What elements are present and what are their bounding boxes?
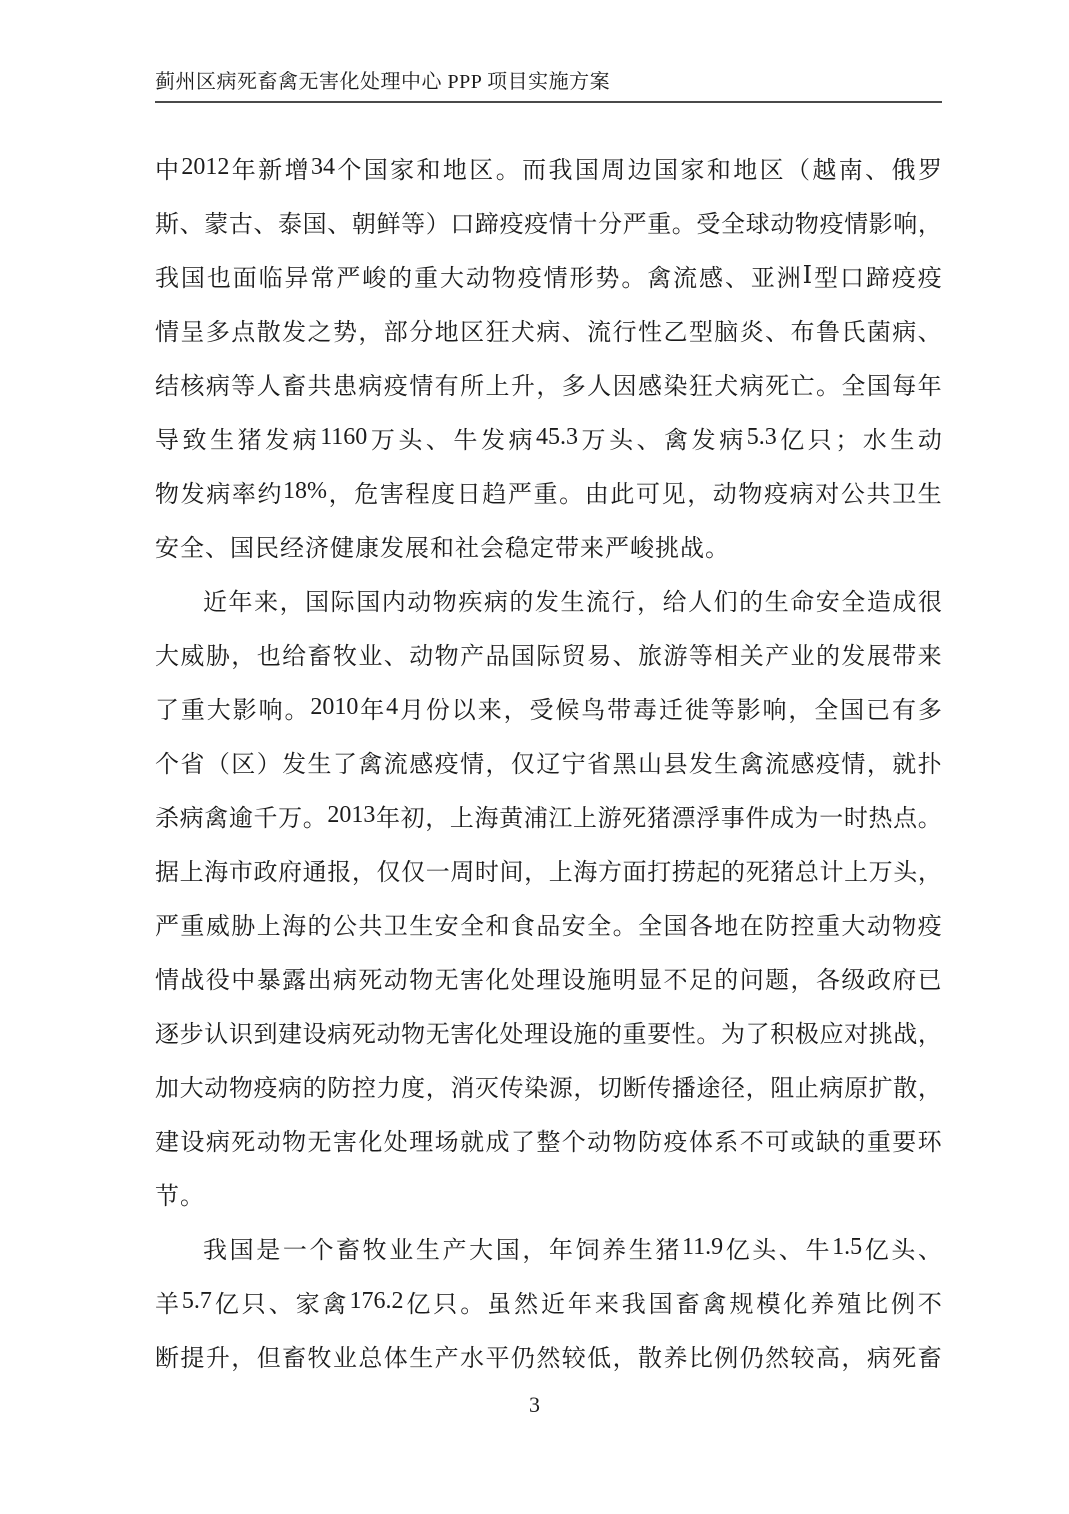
text-line: 个省（区）发生了禽流感疫情，仅辽宁省黑山县发生禽流感疫情，就扑 bbox=[155, 734, 942, 788]
document-page: 蓟州区病死畜禽无害化处理中心 PPP 项目实施方案 中2012年新增34个国家和… bbox=[0, 0, 1069, 1514]
text-line: 情呈多点散发之势，部分地区狂犬病、流行性乙型脑炎、布鲁氏菌病、 bbox=[155, 302, 942, 356]
text-line: 斯、蒙古、泰国、朝鲜等）口蹄疫疫情十分严重。受全球动物疫情影响， bbox=[155, 194, 942, 248]
text-line: 加大动物疫病的防控力度，消灭传染源，切断传播途径，阻止病原扩散， bbox=[155, 1058, 942, 1112]
text-line: 安全、国民经济健康发展和社会稳定带来严峻挑战。 bbox=[155, 518, 942, 572]
text-line: 大威胁，也给畜牧业、动物产品国际贸易、旅游等相关产业的发展带来 bbox=[155, 626, 942, 680]
text-line: 中2012年新增34个国家和地区。而我国周边国家和地区（越南、俄罗 bbox=[155, 140, 942, 194]
text-line: 情战役中暴露出病死动物无害化处理设施明显不足的问题，各级政府已 bbox=[155, 950, 942, 1004]
text-line: 建设病死动物无害化处理场就成了整个动物防疫体系不可或缺的重要环 bbox=[155, 1112, 942, 1166]
text-line: 逐步认识到建设病死动物无害化处理设施的重要性。为了积极应对挑战， bbox=[155, 1004, 942, 1058]
header-title: 蓟州区病死畜禽无害化处理中心 PPP 项目实施方案 bbox=[155, 71, 610, 93]
text-line: 我国也面临异常严峻的重大动物疫情形势。禽流感、亚洲Ⅰ型口蹄疫疫 bbox=[155, 248, 942, 302]
page-number: 3 bbox=[0, 1392, 1069, 1418]
text-line: 导致生猪发病1160万头、牛发病45.3万头、禽发病5.3亿只；水生动 bbox=[155, 410, 942, 464]
text-line: 节。 bbox=[155, 1166, 942, 1220]
text-line: 结核病等人畜共患病疫情有所上升，多人因感染狂犬病死亡。全国每年 bbox=[155, 356, 942, 410]
text-line: 据上海市政府通报，仅仅一周时间，上海方面打捞起的死猪总计上万头， bbox=[155, 842, 942, 896]
text-line: 严重威胁上海的公共卫生安全和食品安全。全国各地在防控重大动物疫 bbox=[155, 896, 942, 950]
page-header: 蓟州区病死畜禽无害化处理中心 PPP 项目实施方案 bbox=[155, 70, 942, 103]
text-line: 断提升，但畜牧业总体生产水平仍然较低，散养比例仍然较高，病死畜 bbox=[155, 1328, 942, 1382]
text-line: 近年来，国际国内动物疾病的发生流行，给人们的生命安全造成很 bbox=[155, 572, 942, 626]
text-line: 物发病率约18%，危害程度日趋严重。由此可见，动物疫病对公共卫生 bbox=[155, 464, 942, 518]
text-line: 羊5.7亿只、家禽176.2亿只。虽然近年来我国畜禽规模化养殖比例不 bbox=[155, 1274, 942, 1328]
text-line: 杀病禽逾千万。2013年初，上海黄浦江上游死猪漂浮事件成为一时热点。 bbox=[155, 788, 942, 842]
document-body: 中2012年新增34个国家和地区。而我国周边国家和地区（越南、俄罗 斯、蒙古、泰… bbox=[155, 140, 942, 1382]
text-line: 我国是一个畜牧业生产大国，年饲养生猪11.9亿头、牛1.5亿头、 bbox=[155, 1220, 942, 1274]
text-line: 了重大影响。2010年4月份以来，受候鸟带毒迁徙等影响，全国已有多 bbox=[155, 680, 942, 734]
